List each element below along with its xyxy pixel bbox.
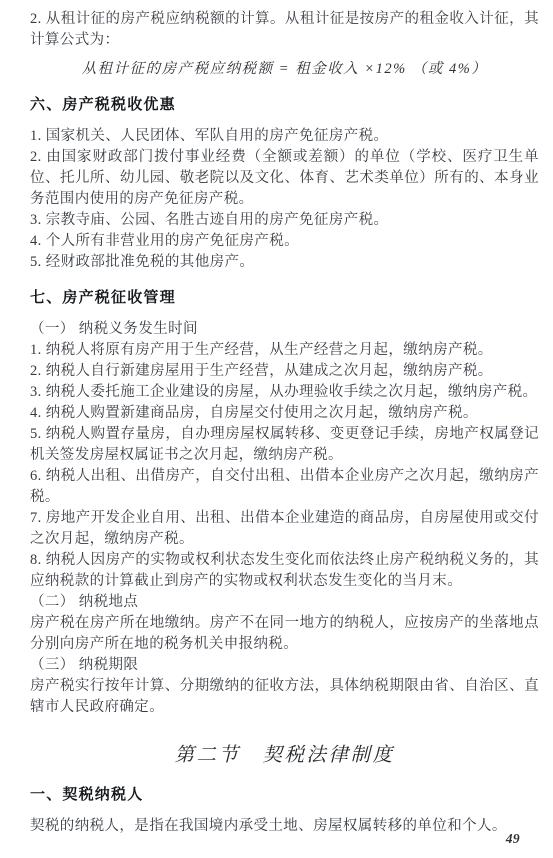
sub-heading-tax-timing: （一） 纳税义务发生时间 <box>30 319 539 340</box>
deed-tax-payer-heading: 一、契税纳税人 <box>30 784 539 805</box>
tax-location-paragraph: 房产税在房产所在地缴纳。房产不在同一地方的纳税人，应按房产的坐落地点分别向房产所… <box>30 613 539 655</box>
tax-timing-item: 7. 房地产开发企业自用、出租、出借本企业建造的商品房，自房屋使用或交付之次月起… <box>30 508 539 550</box>
sub-heading-tax-location: （二） 纳税地点 <box>30 592 539 613</box>
tax-timing-item: 1. 纳税人将原有房产用于生产经营，从生产经营之月起，缴纳房产税。 <box>30 340 539 361</box>
page-number: 49 <box>506 828 520 849</box>
section-six-heading: 六、房产税税收优惠 <box>30 94 539 115</box>
tax-timing-item: 6. 纳税人出租、出借房产，自交付出租、出借本企业房产之次月起，缴纳房产税。 <box>30 466 539 508</box>
chapter-section-title: 第二节 契税法律制度 <box>30 742 539 770</box>
textbook-page: 2. 从租计征的房产税应纳税额的计算。从租计征是按房产的租金收入计征，其计算公式… <box>0 0 553 858</box>
tax-exemption-item: 1. 国家机关、人民团体、军队自用的房产免征房产税。 <box>30 126 539 147</box>
tax-timing-item: 3. 纳税人委托施工企业建设的房屋，从办理验收手续之次月起，缴纳房产税。 <box>30 382 539 403</box>
rent-tax-formula: 从租计征的房产税应纳税额 = 租金收入 ×12% （或 4%） <box>30 59 539 80</box>
tax-exemption-item: 2. 由国家财政部门拨付事业经费（全额或差额）的单位（学校、医疗卫生单位、托儿所… <box>30 147 539 210</box>
sub-heading-tax-deadline: （三） 纳税期限 <box>30 655 539 676</box>
deed-tax-payer-paragraph: 契税的纳税人，是指在我国境内承受土地、房屋权属转移的单位和个人。 <box>30 816 539 837</box>
rent-based-calc-paragraph: 2. 从租计征的房产税应纳税额的计算。从租计征是按房产的租金收入计征，其计算公式… <box>30 9 539 51</box>
tax-timing-item: 4. 纳税人购置新建商品房，自房屋交付使用之次月起，缴纳房产税。 <box>30 403 539 424</box>
tax-timing-item: 2. 纳税人自行新建房屋用于生产经营，从建成之次月起，缴纳房产税。 <box>30 361 539 382</box>
section-seven-heading: 七、房产税征收管理 <box>30 287 539 308</box>
tax-timing-item: 5. 纳税人购置存量房，自办理房屋权属转移、变更登记手续，房地产权属登记机关签发… <box>30 424 539 466</box>
tax-exemption-item: 4. 个人所有非营业用的房产免征房产税。 <box>30 231 539 252</box>
tax-exemption-item: 5. 经财政部批准免税的其他房产。 <box>30 252 539 273</box>
tax-deadline-paragraph: 房产税实行按年计算、分期缴纳的征收方法，具体纳税期限由省、自治区、直辖市人民政府… <box>30 676 539 718</box>
tax-timing-item: 8. 纳税人因房产的实物或权利状态发生变化而依法终止房产税纳税义务的，其应纳税款… <box>30 550 539 592</box>
tax-exemption-item: 3. 宗教寺庙、公园、名胜古迹自用的房产免征房产税。 <box>30 210 539 231</box>
